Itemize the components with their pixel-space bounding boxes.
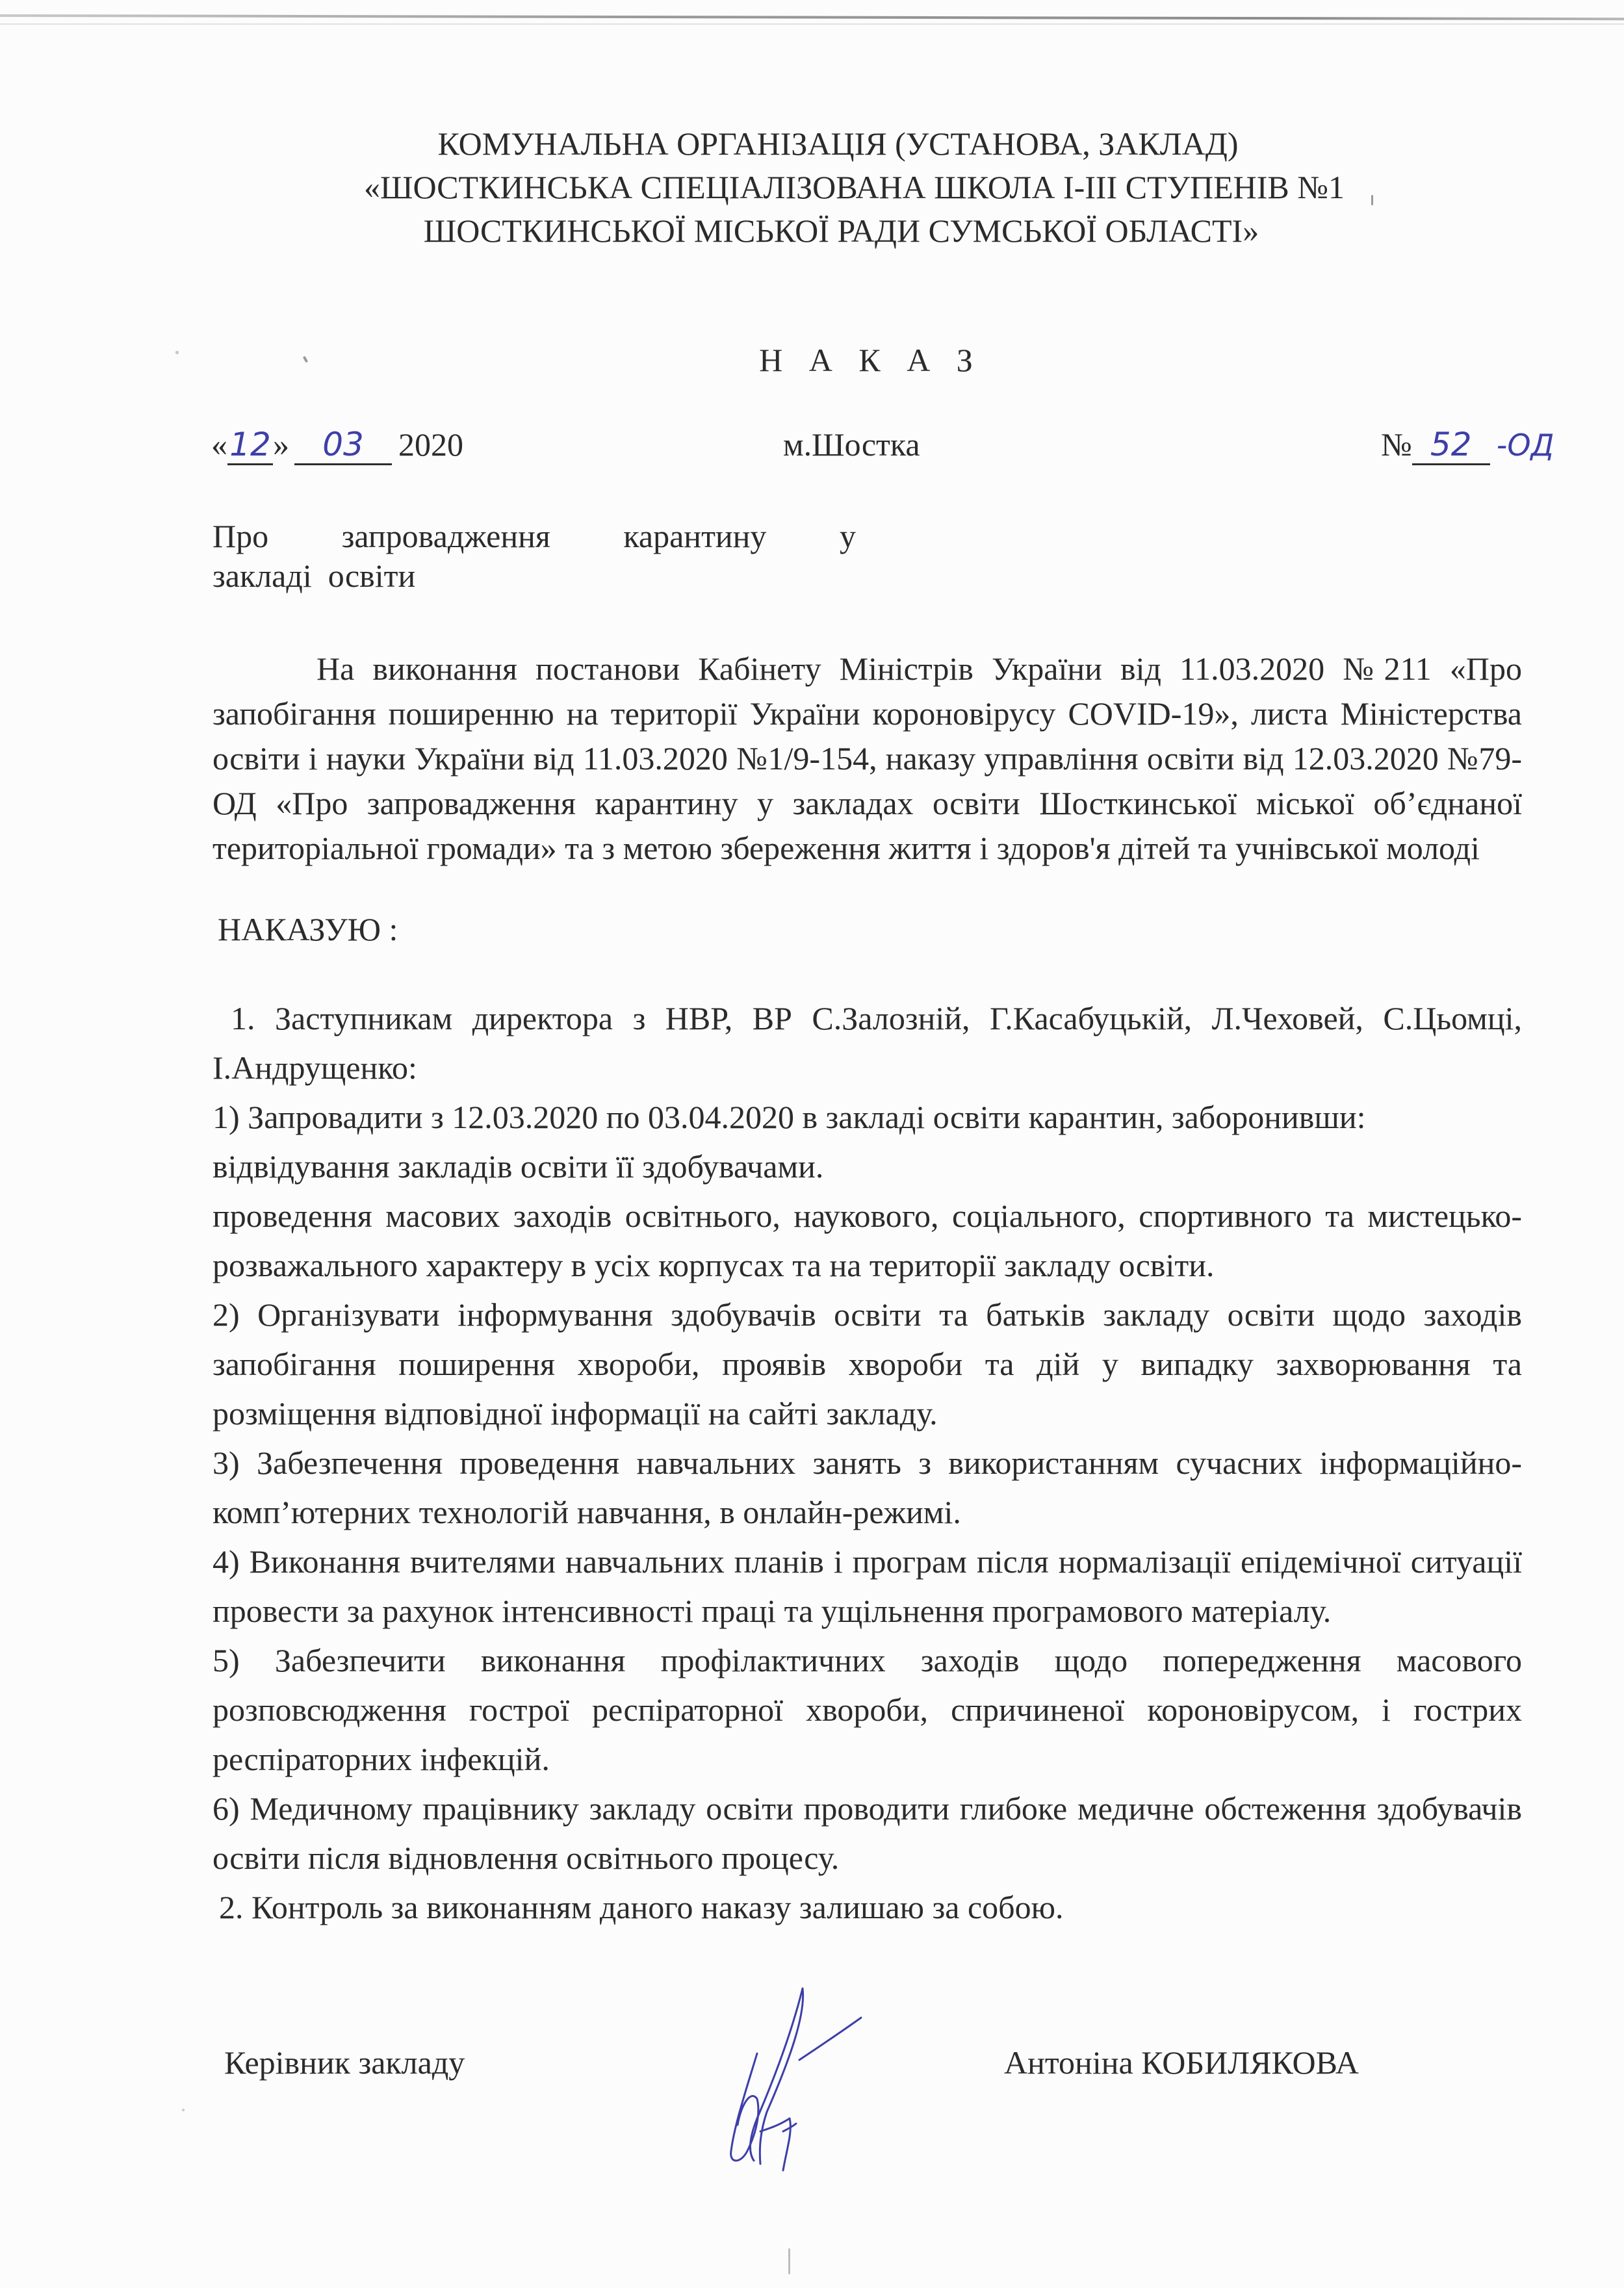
order-meta-row: «12»032020 м.Шостка №52-ОД — [211, 426, 1530, 478]
preamble-paragraph: На виконання постанови Кабінету Міністрі… — [213, 647, 1522, 871]
order-item: проведення масових заходів освітнього, н… — [213, 1191, 1522, 1290]
date-year: 2020 — [398, 426, 463, 463]
order-item: 2) Організувати інформування здобувачів … — [213, 1290, 1522, 1438]
date-month-handwritten: 03 — [294, 426, 392, 465]
handwritten-signature-icon — [643, 1975, 936, 2183]
order-item: 5) Забезпечити виконання профілактичних … — [213, 1636, 1522, 1784]
subject-word: запровадження — [342, 517, 550, 556]
date-open-quote: « — [211, 426, 227, 463]
header-line-organization: КОМУНАЛЬНА ОРГАНІЗАЦІЯ (УСТАНОВА, ЗАКЛАД… — [0, 122, 1624, 166]
order-items: 1. Заступникам директора з НВР, ВР С.Зал… — [213, 994, 1522, 1932]
header-line-school: «ШОСТКИНСЬКА СПЕЦІАЛІЗОВАНА ШКОЛА І-ІІІ … — [0, 166, 1624, 209]
number-prefix: № — [1381, 426, 1412, 463]
number-value-handwritten: 52 — [1412, 426, 1490, 465]
number-suffix-handwritten: -ОД — [1497, 428, 1554, 463]
document-header: КОМУНАЛЬНА ОРГАНІЗАЦІЯ (УСТАНОВА, ЗАКЛАД… — [0, 122, 1624, 253]
subject-word: карантину — [623, 517, 766, 556]
order-item-control: 2. Контроль за виконанням даного наказу … — [213, 1883, 1522, 1932]
scan-speck — [788, 2248, 790, 2274]
subject-word: у — [840, 517, 856, 556]
order-item: 1) Запровадити з 12.03.2020 по 03.04.202… — [213, 1092, 1522, 1142]
subject-line-1: Про запровадження карантину у — [213, 517, 856, 556]
scan-edge-line — [0, 23, 1624, 25]
date-close-quote: » — [273, 426, 289, 463]
scan-edge-line — [0, 14, 1624, 20]
subject-word: Про — [213, 517, 268, 556]
order-directive-heading: НАКАЗУЮ : — [218, 907, 1522, 952]
scanned-document-page: КОМУНАЛЬНА ОРГАНІЗАЦІЯ (УСТАНОВА, ЗАКЛАД… — [0, 0, 1624, 2288]
scan-speck — [1371, 195, 1373, 205]
order-item: 3) Забезпечення проведення навчальних за… — [213, 1438, 1522, 1537]
order-body: На виконання постанови Кабінету Міністрі… — [213, 647, 1522, 1932]
scan-speck — [175, 351, 179, 354]
subject-line-2: закладі освіти — [213, 556, 856, 596]
order-date: «12»032020 — [211, 426, 463, 465]
order-item: 4) Виконання вчителями навчальних планів… — [213, 1537, 1522, 1636]
order-item: відвідування закладів освіти її здобувач… — [213, 1142, 1522, 1191]
order-number: №52-ОД — [1381, 426, 1554, 465]
date-day-handwritten: 12 — [227, 426, 273, 465]
order-item: 6) Медичному працівнику закладу освіти п… — [213, 1784, 1522, 1883]
scan-speck — [182, 2109, 185, 2111]
signatory-role: Керівник закладу — [224, 2044, 465, 2081]
document-title: Н А К А З — [0, 341, 1624, 379]
order-item: 1. Заступникам директора з НВР, ВР С.Зал… — [213, 994, 1522, 1092]
header-line-council: ШОСТКИНСЬКОЇ МІСЬКОЇ РАДИ СУМСЬКОЇ ОБЛАС… — [0, 209, 1624, 253]
signatory-name: Антоніна КОБИЛЯКОВА — [1004, 2044, 1359, 2081]
order-subject: Про запровадження карантину у закладі ос… — [213, 517, 856, 596]
order-city: м.Шостка — [783, 426, 920, 463]
